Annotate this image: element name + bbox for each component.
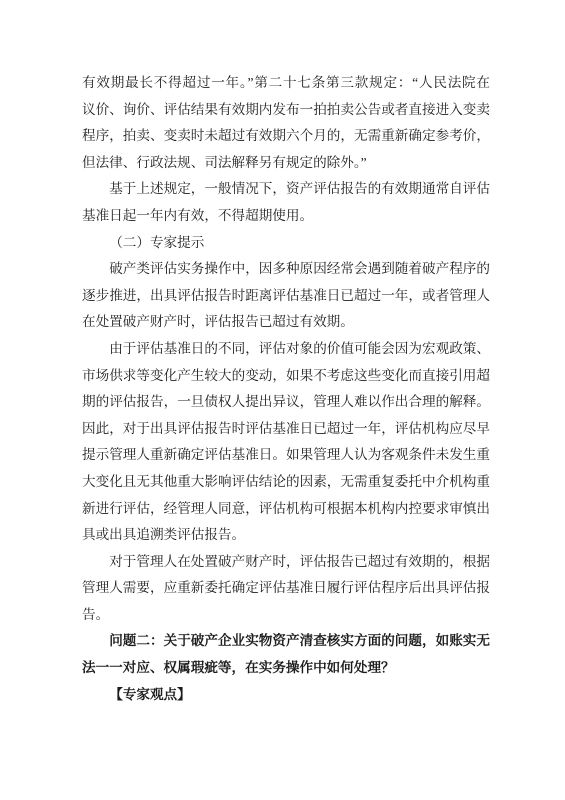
text-line: 市场供求等变化产生较大的变动，如果不考虑这些变化而直接引用超 [82,363,490,390]
text-line: 议价、询价、评估结果有效期内发布一拍拍卖公告或者直接进入变卖 [82,97,490,124]
text-line: 告。 [82,602,490,629]
text-line: 【专家观点】 [82,682,490,709]
text-line: 管理人需要，应重新委托确定评估基准日履行评估程序后出具评估报 [82,575,490,602]
text-line: 大变化且无其他重大影响评估结论的因素，无需重复委托中介机构重 [82,469,490,496]
text-line: 因此，对于出具评估报告时评估基准日已超过一年，评估机构应尽早 [82,416,490,443]
text-line: 破产类评估实务操作中，因多种原因经常会遇到随着破产程序的 [82,256,490,283]
text-line: 新进行评估，经管理人同意，评估机构可根据本机构内控要求审慎出 [82,496,490,523]
text-line: 在处置破产财产时，评估报告已超过有效期。 [82,309,490,336]
text-line: （二）专家提示 [82,230,490,257]
text-line: 基于上述规定，一般情况下，资产评估报告的有效期通常自评估 [82,176,490,203]
text-line: 但法律、行政法规、司法解释另有规定的除外。” [82,150,490,177]
text-line: 法一一对应、权属瑕疵等，在实务操作中如何处理？ [82,655,490,682]
text-line: 程序，拍卖、变卖时未超过有效期六个月的，无需重新确定参考价， [82,123,490,150]
document-content: 有效期最长不得超过一年。”第二十七条第三款规定：“人民法院在议价、询价、评估结果… [82,70,490,708]
text-line: 问题二：关于破产企业实物资产清查核实方面的问题，如账实无 [82,628,490,655]
text-line: 逐步推进，出具评估报告时距离评估基准日已超过一年，或者管理人 [82,283,490,310]
text-line: 基准日起一年内有效，不得超期使用。 [82,203,490,230]
text-line: 对于管理人在处置破产财产时，评估报告已超过有效期的，根据 [82,549,490,576]
text-line: 有效期最长不得超过一年。”第二十七条第三款规定：“人民法院在 [82,70,490,97]
document-page: 有效期最长不得超过一年。”第二十七条第三款规定：“人民法院在议价、询价、评估结果… [0,0,565,800]
text-line: 由于评估基准日的不同，评估对象的价值可能会因为宏观政策、 [82,336,490,363]
text-line: 具或出具追溯类评估报告。 [82,522,490,549]
text-line: 期的评估报告，一旦债权人提出异议，管理人难以作出合理的解释。 [82,389,490,416]
text-line: 提示管理人重新确定评估基准日。如果管理人认为客观条件未发生重 [82,442,490,469]
